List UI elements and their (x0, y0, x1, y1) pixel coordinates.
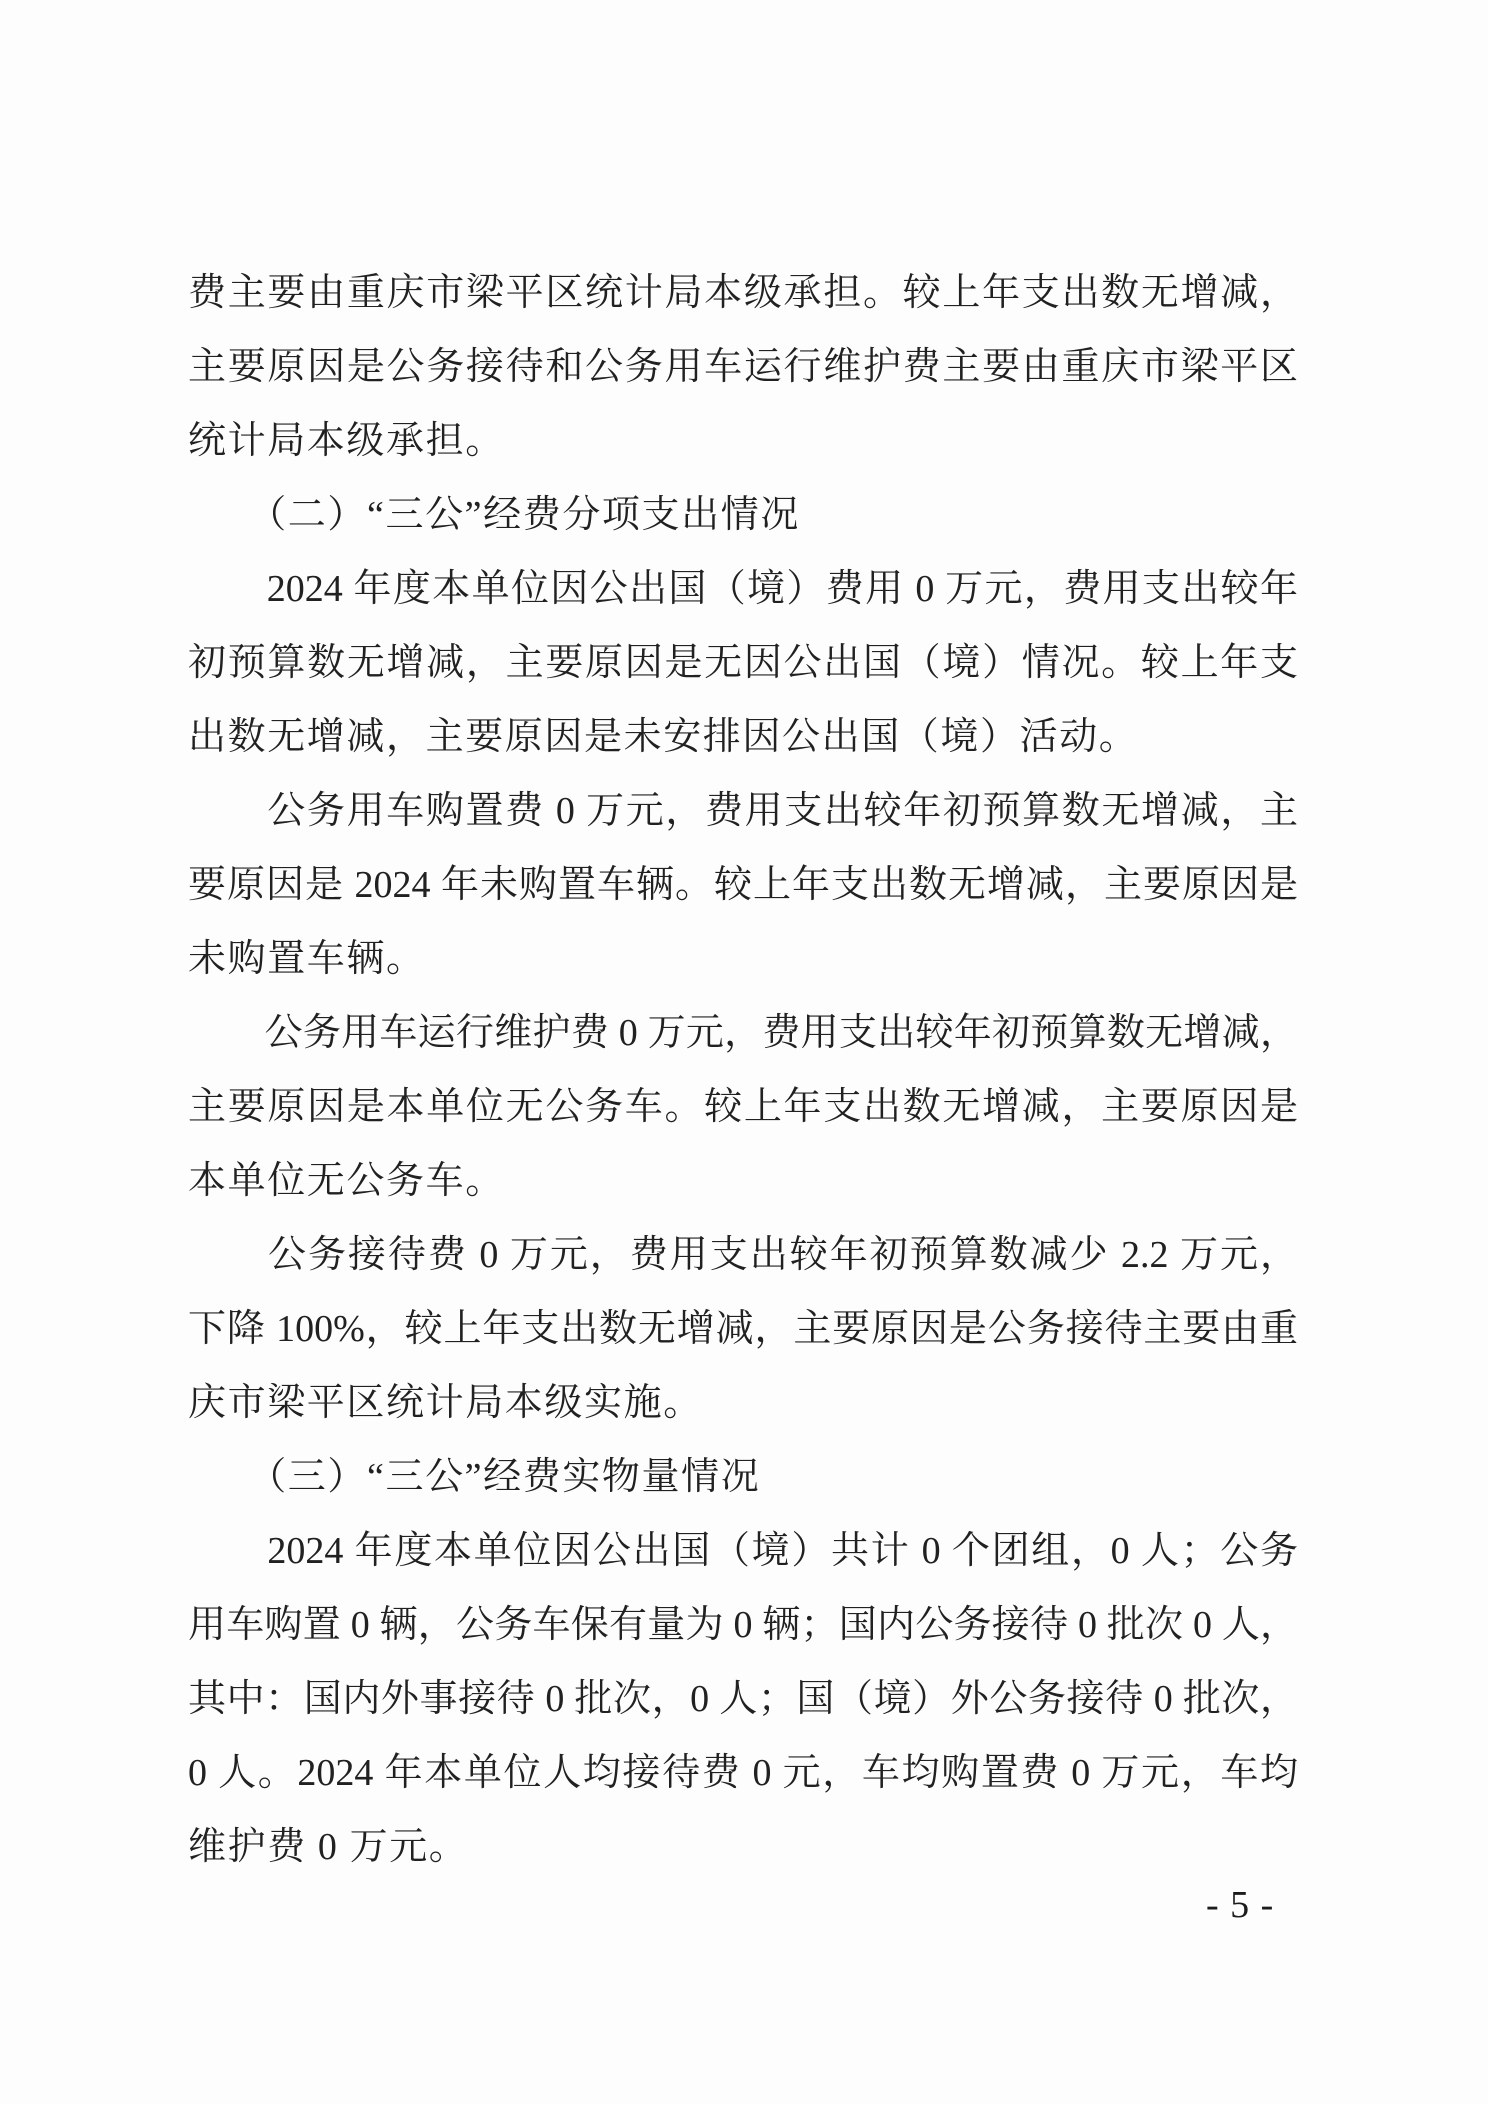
text-line: 主要原因是本单位无公务车。较上年支出数无增减，主要原因是 (188, 1070, 1298, 1144)
page-number: - 5 - (1206, 1884, 1274, 1926)
text-line: 0 人。2024 年本单位人均接待费 0 元，车均购置费 0 万元，车均 (188, 1736, 1298, 1810)
text-line: 用车购置 0 辆，公务车保有量为 0 辆；国内公务接待 0 批次 0 人， (188, 1588, 1298, 1662)
text-line: 统计局本级承担。 (188, 404, 1298, 478)
section-heading: （二）“三公”经费分项支出情况 (188, 478, 1298, 552)
document-text-block: 费主要由重庆市梁平区统计局本级承担。较上年支出数无增减， 主要原因是公务接待和公… (188, 256, 1298, 1884)
text-line: 公务用车运行维护费 0 万元，费用支出较年初预算数无增减， (188, 996, 1298, 1070)
text-line: 费主要由重庆市梁平区统计局本级承担。较上年支出数无增减， (188, 256, 1298, 330)
text-line: 初预算数无增减，主要原因是无因公出国（境）情况。较上年支 (188, 626, 1298, 700)
document-page: 费主要由重庆市梁平区统计局本级承担。较上年支出数无增减， 主要原因是公务接待和公… (0, 0, 1488, 2104)
text-line: 2024 年度本单位因公出国（境）费用 0 万元，费用支出较年 (188, 552, 1298, 626)
text-line: 庆市梁平区统计局本级实施。 (188, 1366, 1298, 1440)
text-line: 主要原因是公务接待和公务用车运行维护费主要由重庆市梁平区 (188, 330, 1298, 404)
text-line: 本单位无公务车。 (188, 1144, 1298, 1218)
text-line: 2024 年度本单位因公出国（境）共计 0 个团组，0 人；公务 (188, 1514, 1298, 1588)
text-line: 下降 100%，较上年支出数无增减，主要原因是公务接待主要由重 (188, 1292, 1298, 1366)
text-line: 要原因是 2024 年未购置车辆。较上年支出数无增减，主要原因是 (188, 848, 1298, 922)
text-line: 维护费 0 万元。 (188, 1810, 1298, 1884)
text-line: 未购置车辆。 (188, 922, 1298, 996)
text-line: 公务接待费 0 万元，费用支出较年初预算数减少 2.2 万元， (188, 1218, 1298, 1292)
text-line: 出数无增减，主要原因是未安排因公出国（境）活动。 (188, 700, 1298, 774)
text-line: 公务用车购置费 0 万元，费用支出较年初预算数无增减，主 (188, 774, 1298, 848)
section-heading: （三）“三公”经费实物量情况 (188, 1440, 1298, 1514)
text-line: 其中：国内外事接待 0 批次，0 人；国（境）外公务接待 0 批次， (188, 1662, 1298, 1736)
